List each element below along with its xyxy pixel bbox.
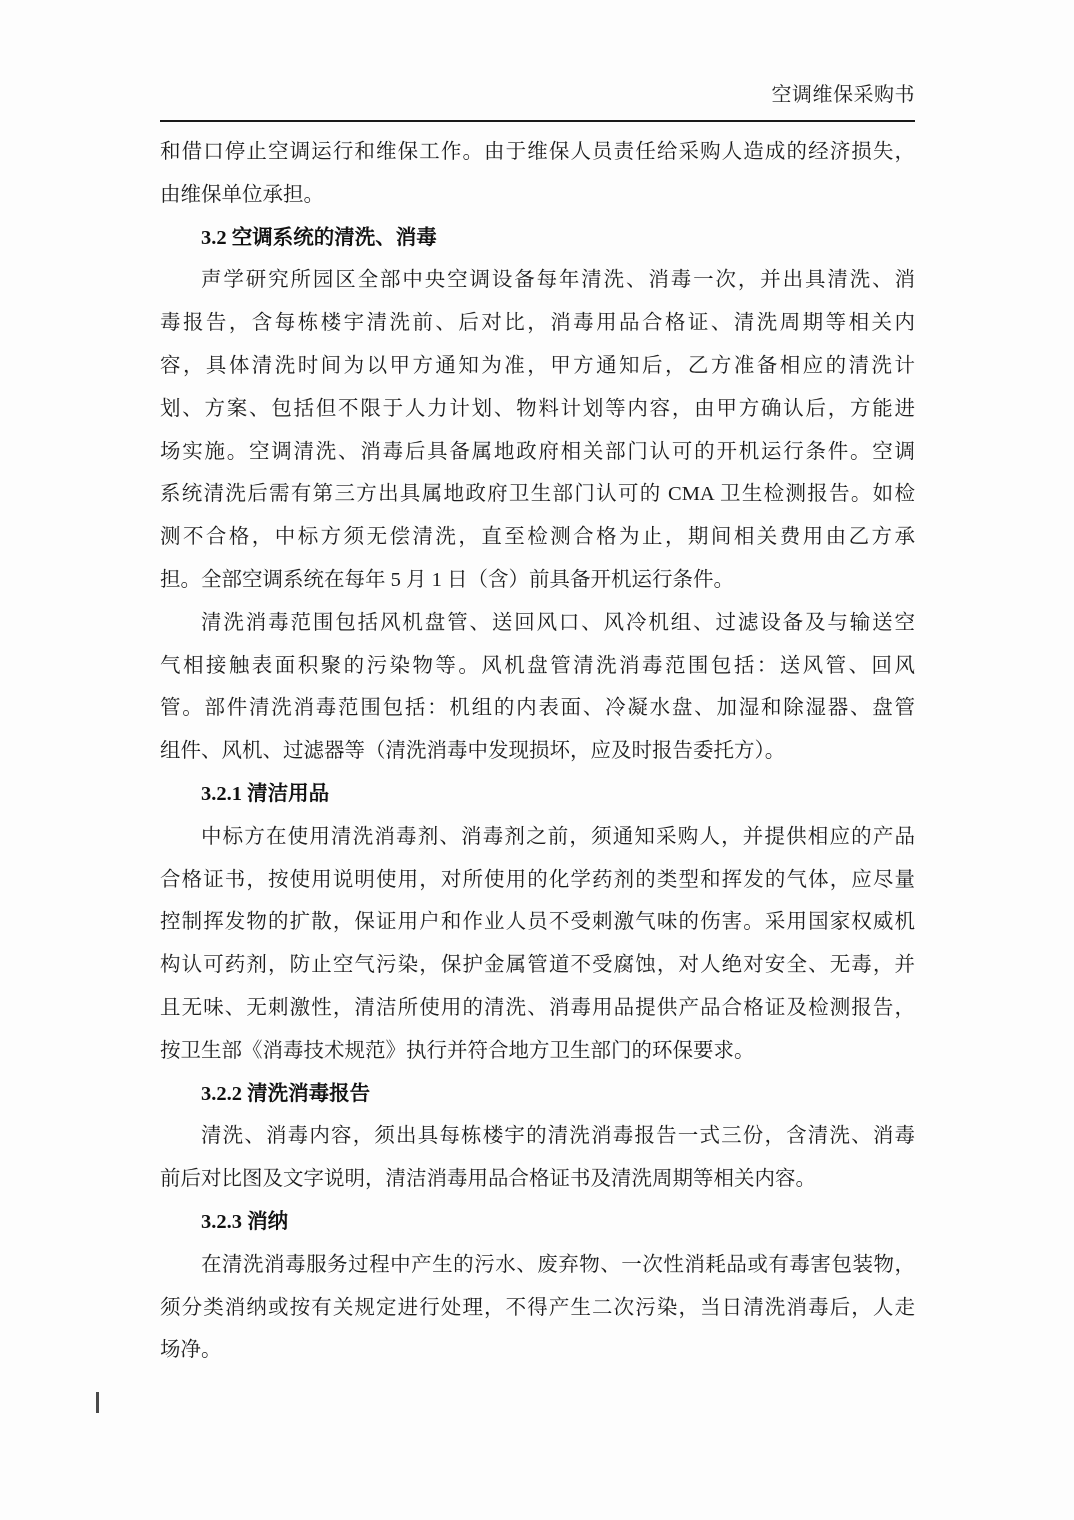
- text-cursor-icon: [96, 1392, 99, 1413]
- text-line: 构认可药剂，防止空气污染，保护金属管道不受腐蚀，对人绝对安全、无毒，并: [160, 944, 915, 987]
- text-line: 场实施。空调清洗、消毒后具备属地政府相关部门认可的开机运行条件。空调: [160, 431, 915, 474]
- document-page: 空调维保采购书 和借口停止空调运行和维保工作。由于维保人员责任给采购人造成的经济…: [0, 0, 1074, 1520]
- text-line: 合格证书，按使用说明使用，对所使用的化学药剂的类型和挥发的气体，应尽量: [160, 859, 915, 902]
- section-heading: 3.2.1 清洁用品: [160, 773, 915, 816]
- text-line: 系统清洗后需有第三方出具属地政府卫生部门认可的 CMA 卫生检测报告。如检: [160, 473, 915, 516]
- section-heading: 3.2.2 清洗消毒报告: [160, 1073, 915, 1116]
- text-line: 划、方案、包括但不限于人力计划、物料计划等内容，由甲方确认后，方能进: [160, 388, 915, 431]
- text-line: 由维保单位承担。: [160, 174, 915, 217]
- text-line: 声学研究所园区全部中央空调设备每年清洗、消毒一次，并出具清洗、消: [160, 259, 915, 302]
- text-line: 容，具体清洗时间为以甲方通知为准，甲方通知后，乙方准备相应的清洗计: [160, 345, 915, 388]
- section-heading: 3.2.3 消纳: [160, 1201, 915, 1244]
- text-line: 场净。: [160, 1329, 915, 1372]
- text-line: 按卫生部《消毒技术规范》执行并符合地方卫生部门的环保要求。: [160, 1030, 915, 1073]
- text-line: 须分类消纳或按有关规定进行处理，不得产生二次污染，当日清洗消毒后，人走: [160, 1287, 915, 1330]
- text-line: 气相接触表面积聚的污染物等。风机盘管清洗消毒范围包括：送风管、回风: [160, 645, 915, 688]
- text-line: 测不合格，中标方须无偿清洗，直至检测合格为止，期间相关费用由乙方承: [160, 516, 915, 559]
- text-line: 在清洗消毒服务过程中产生的污水、废弃物、一次性消耗品或有毒害包装物，: [160, 1244, 915, 1287]
- text-line: 清洗消毒范围包括风机盘管、送回风口、风冷机组、过滤设备及与输送空: [160, 602, 915, 645]
- text-line: 且无味、无刺激性，清洁所使用的清洗、消毒用品提供产品合格证及检测报告，: [160, 987, 915, 1030]
- text-line: 控制挥发物的扩散，保证用户和作业人员不受刺激气味的伤害。采用国家权威机: [160, 901, 915, 944]
- header-rule: [160, 120, 915, 122]
- text-line: 管。部件清洗消毒范围包括：机组的内表面、冷凝水盘、加湿和除湿器、盘管: [160, 687, 915, 730]
- text-line: 中标方在使用清洗消毒剂、消毒剂之前，须通知采购人，并提供相应的产品: [160, 816, 915, 859]
- text-line: 前后对比图及文字说明，清洁消毒用品合格证书及清洗周期等相关内容。: [160, 1158, 915, 1201]
- document-body[interactable]: 和借口停止空调运行和维保工作。由于维保人员责任给采购人造成的经济损失，由维保单位…: [160, 131, 915, 1372]
- text-line: 和借口停止空调运行和维保工作。由于维保人员责任给采购人造成的经济损失，: [160, 131, 915, 174]
- text-line: 清洗、消毒内容，须出具每栋楼宇的清洗消毒报告一式三份，含清洗、消毒: [160, 1115, 915, 1158]
- section-heading: 3.2 空调系统的清洗、消毒: [160, 217, 915, 260]
- text-line: 毒报告，含每栋楼宇清洗前、后对比，消毒用品合格证、清洗周期等相关内: [160, 302, 915, 345]
- text-line: 担。全部空调系统在每年 5 月 1 日（含）前具备开机运行条件。: [160, 559, 915, 602]
- text-line: 组件、风机、过滤器等（清洗消毒中发现损坏，应及时报告委托方）。: [160, 730, 915, 773]
- page-header-title: 空调维保采购书: [772, 78, 916, 107]
